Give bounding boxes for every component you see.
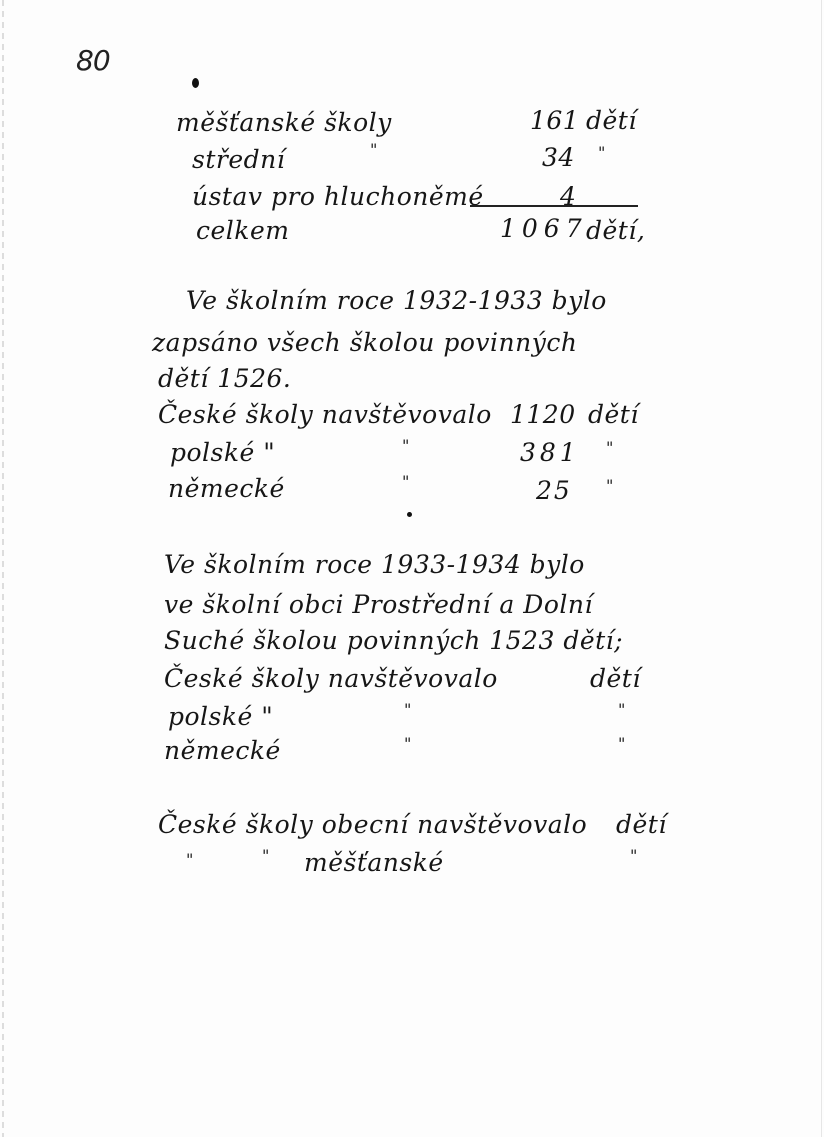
scanned-page: 80 měšťanské školy 161 dětí střední " 34… bbox=[0, 0, 824, 1137]
ditto-mark: " bbox=[402, 436, 410, 455]
page-number: 80 bbox=[76, 44, 110, 77]
row-label: střední bbox=[192, 145, 285, 174]
row-unit: " bbox=[606, 438, 614, 457]
row-label: německé bbox=[168, 474, 285, 503]
row-unit: " bbox=[630, 846, 638, 865]
paragraph-line: Ve školním roce 1933-1934 bylo bbox=[164, 550, 585, 579]
row-label: České školy navštěvovalo bbox=[164, 664, 498, 693]
row-value: 1067 bbox=[500, 214, 588, 243]
row-value: 381 bbox=[520, 438, 580, 467]
row-label: německé bbox=[164, 736, 281, 765]
ditto-mark: " bbox=[262, 846, 270, 865]
row-value: 161 bbox=[530, 106, 579, 135]
paragraph-line: Suché školou povinných 1523 dětí; bbox=[164, 626, 623, 655]
paragraph-line: dětí 1526. bbox=[158, 364, 291, 393]
row-value: 4 bbox=[560, 182, 576, 211]
row-value: 1120 bbox=[510, 400, 576, 429]
paragraph-line: ve školní obci Prostřední a Dolní bbox=[164, 590, 593, 619]
row-unit: " bbox=[618, 700, 626, 719]
row-unit: dětí bbox=[616, 810, 667, 839]
row-label: celkem bbox=[196, 216, 289, 245]
ditto-mark: " bbox=[404, 734, 412, 753]
row-label: polské " bbox=[170, 438, 275, 467]
paragraph-line: Ve školním roce 1932-1933 bylo bbox=[186, 286, 607, 315]
row-value: 34 bbox=[542, 143, 575, 172]
ditto-mark: " bbox=[402, 472, 410, 491]
row-label: měšťanské školy bbox=[176, 108, 392, 137]
paragraph-line: zapsáno všech školou povinných bbox=[152, 328, 577, 357]
sum-underline bbox=[470, 205, 638, 207]
row-unit: dětí, bbox=[586, 216, 645, 245]
ink-dot bbox=[407, 512, 412, 517]
row-unit: " bbox=[598, 143, 606, 162]
row-unit: " bbox=[606, 476, 614, 495]
ditto-mark: " bbox=[370, 140, 378, 159]
page-edge bbox=[821, 0, 822, 1137]
ink-blot bbox=[192, 78, 199, 88]
row-label: polské " bbox=[168, 702, 273, 731]
ditto-mark: " bbox=[186, 850, 194, 869]
row-value: 25 bbox=[536, 476, 572, 505]
row-unit: dětí bbox=[586, 106, 637, 135]
row-unit: " bbox=[618, 734, 626, 753]
row-label: České školy navštěvovalo bbox=[158, 400, 492, 429]
row-label: ústav pro hluchoněmé bbox=[192, 182, 484, 211]
row-label: měšťanské bbox=[304, 848, 444, 877]
ditto-mark: " bbox=[404, 700, 412, 719]
row-unit: dětí bbox=[590, 664, 641, 693]
binding-edge bbox=[2, 0, 4, 1137]
row-unit: dětí bbox=[588, 400, 639, 429]
row-label: České školy obecní navštěvovalo bbox=[158, 810, 587, 839]
